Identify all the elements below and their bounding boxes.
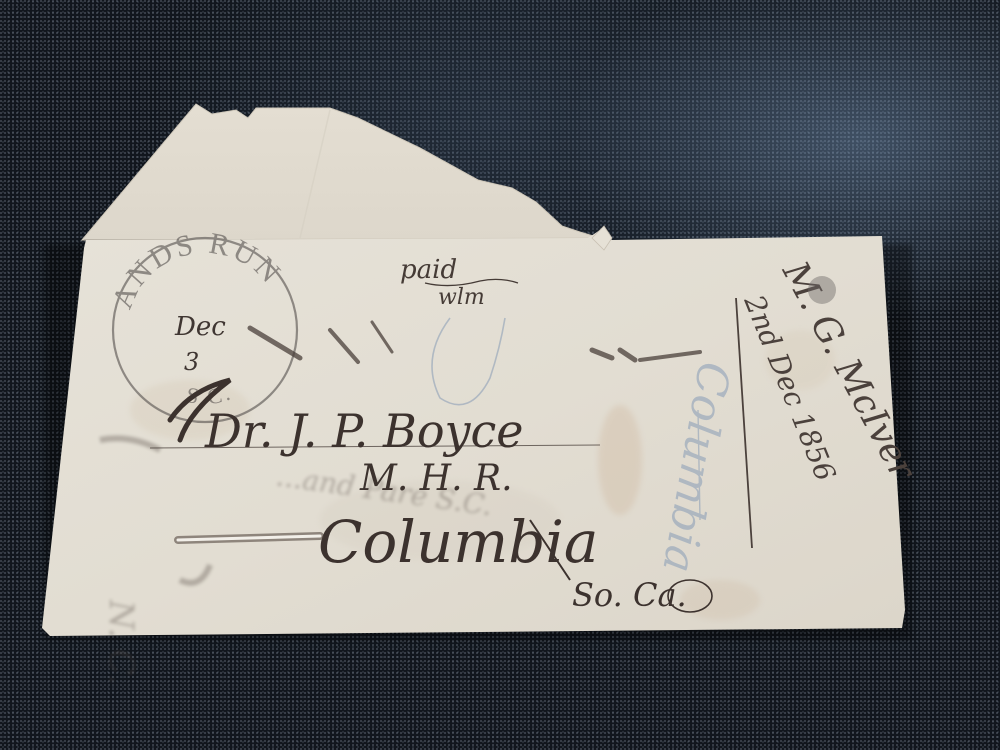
address-state: So. Ca. [572,576,687,614]
address-city: Columbia [318,508,598,576]
svg-text:paid: paid [400,255,457,285]
envelope-photo: ...and Pare S.C. N. C. Columbia ANDS RUN… [0,0,1000,750]
address-line2: M. H. R. [359,458,513,499]
envelope-flap [82,104,600,240]
svg-text:Dec: Dec [174,312,226,342]
address-name: Dr. J. P. Boyce [204,404,524,458]
svg-text:3: 3 [184,348,199,376]
svg-text:N. C.: N. C. [101,599,141,685]
svg-text:wlm: wlm [438,285,485,310]
